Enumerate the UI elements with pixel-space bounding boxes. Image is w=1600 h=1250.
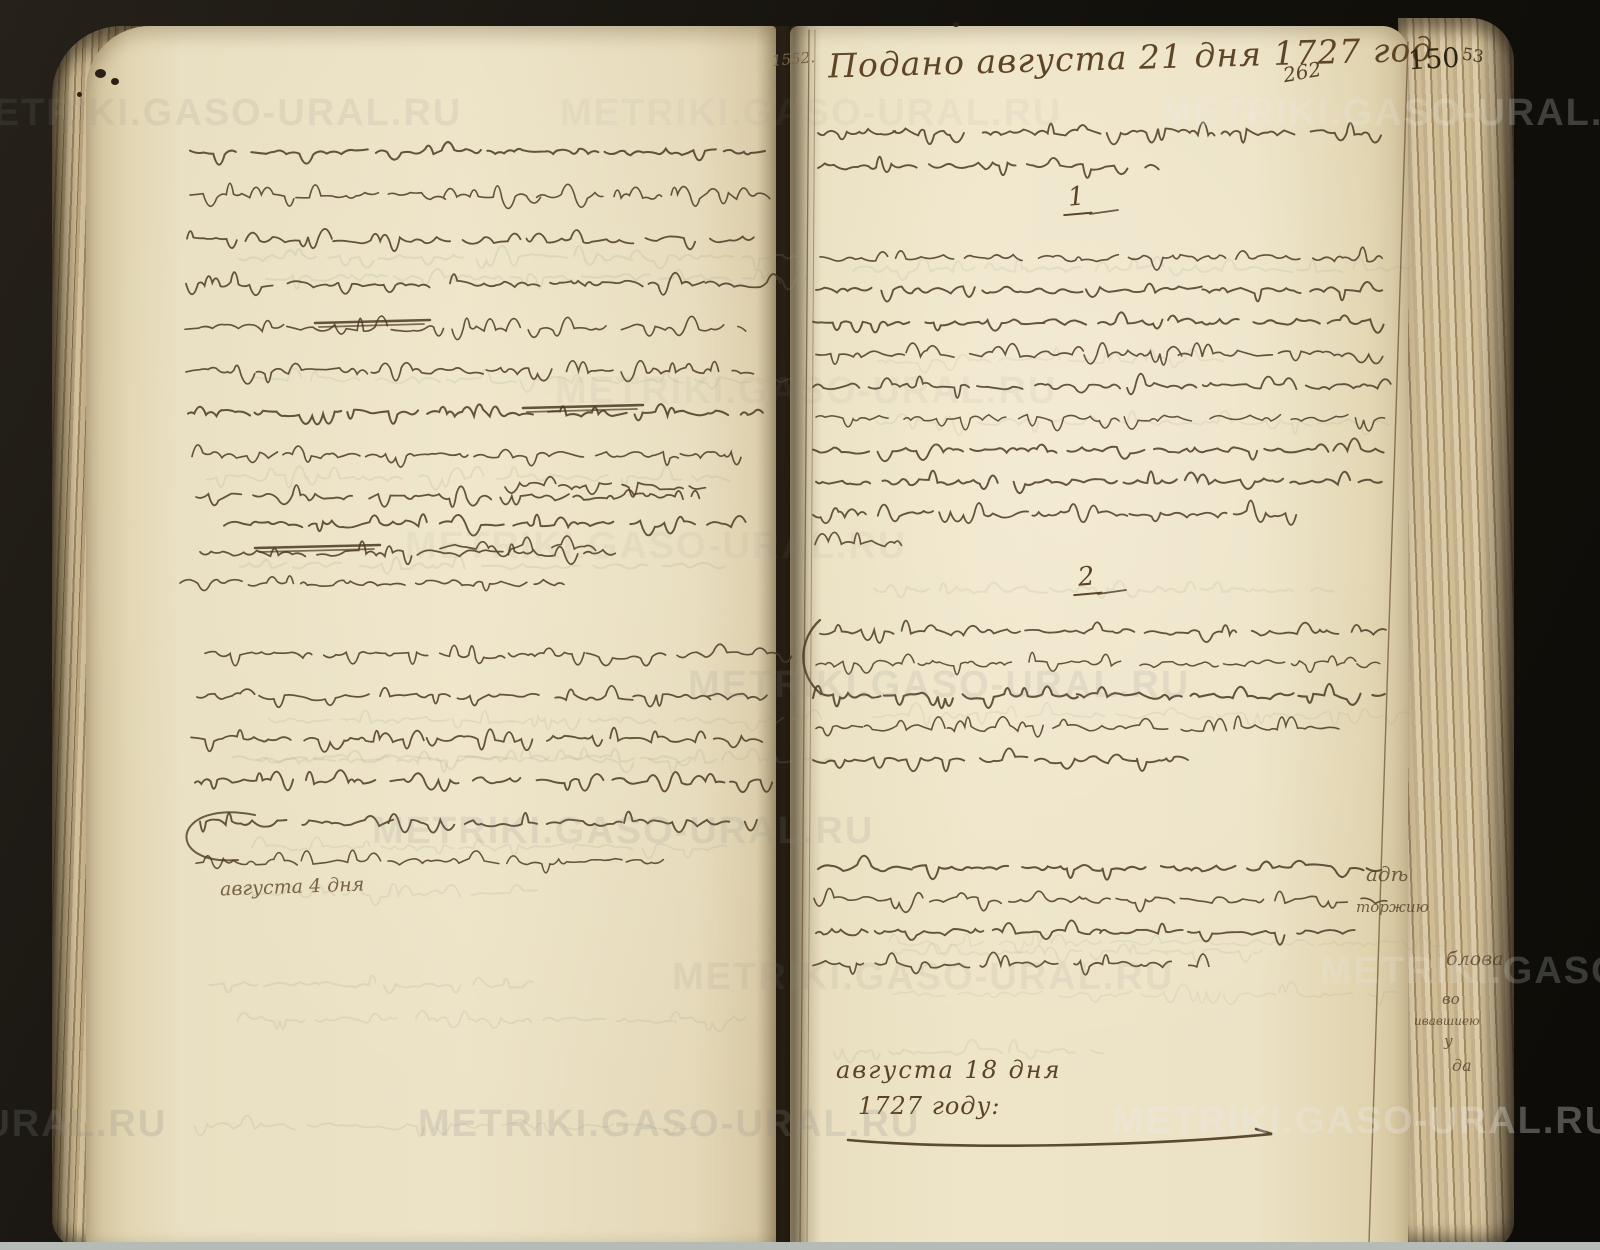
handwriting-stroke [523, 405, 643, 408]
handwriting-layer [0, 0, 1600, 1250]
handwriting-stroke [1098, 590, 1126, 594]
handwriting-stroke [816, 415, 1385, 431]
fore-edge-fragment: у [1444, 1032, 1453, 1050]
handwriting-stroke [813, 374, 1391, 398]
handwriting-stroke [255, 545, 380, 548]
fore-edge-fragment: торжию [1356, 898, 1429, 916]
handwriting-stroke [195, 770, 772, 792]
handwriting-stroke [816, 282, 1382, 302]
handwriting-stroke [816, 652, 1380, 674]
handwriting-stroke [818, 157, 1159, 178]
handwriting-stroke [196, 485, 699, 507]
handwriting-stroke [814, 888, 1387, 912]
handwriting-stroke [197, 686, 767, 707]
fore-edge-fragment: во [1442, 990, 1460, 1008]
folio-number: 150 [1407, 43, 1460, 77]
handwriting-stroke [820, 247, 1382, 270]
handwriting-stroke [815, 532, 901, 546]
handwriting-stroke [200, 812, 757, 833]
handwriting-stroke [813, 438, 1384, 461]
scanner-edge-strip [0, 1242, 1600, 1250]
handwriting-stroke [205, 644, 792, 665]
handwriting-stroke [190, 142, 765, 165]
handwriting-stroke [1090, 210, 1118, 214]
handwriting-stroke [816, 471, 1382, 493]
handwriting-stroke [813, 684, 1385, 708]
handwriting-stroke [186, 812, 255, 860]
handwriting-stroke [315, 320, 430, 323]
footer-date-line-1: августа 18 дня [836, 1056, 1062, 1084]
fore-edge-fragment: блова [1446, 948, 1504, 970]
handwriting-stroke [188, 404, 763, 424]
handwriting-stroke [190, 183, 770, 208]
ink-blot [95, 69, 106, 78]
handwriting-stroke [192, 445, 741, 467]
handwriting-stroke [1369, 42, 1408, 1243]
handwriting-stroke [848, 1129, 1272, 1146]
handwriting-stroke [818, 122, 1381, 144]
handwriting-stroke [813, 952, 1209, 974]
handwriting-stroke [527, 409, 637, 412]
ink-blot [111, 78, 119, 85]
handwriting-stroke [186, 272, 780, 295]
ink-blot [953, 22, 959, 27]
handwriting-stroke [186, 361, 753, 384]
section-marker-2: 2 [1071, 561, 1102, 596]
handwriting-stroke [187, 229, 754, 251]
handwriting-stroke [180, 576, 564, 591]
fore-edge-fragment: адѣ [1366, 862, 1408, 886]
handwriting-stroke [818, 856, 1381, 880]
fore-edge-fragment: ивавшиею [1414, 1014, 1480, 1028]
handwriting-stroke [803, 620, 821, 694]
handwriting-stroke [816, 343, 1383, 365]
handwriting-stroke [813, 748, 1188, 771]
secondary-folio-number: 53 [1461, 44, 1486, 67]
handwriting-stroke [813, 312, 1384, 332]
section-marker-1: 1 [1061, 181, 1092, 216]
handwriting-stroke [816, 920, 1355, 944]
handwriting-stroke [820, 621, 1386, 643]
handwriting-stroke [196, 850, 663, 873]
manuscript-scan: 1552. Подано августа 21 дня 1727 год 262… [0, 0, 1600, 1250]
handwriting-stroke [224, 514, 746, 535]
fore-edge-fragment: да [1452, 1056, 1472, 1075]
handwriting-stroke [191, 728, 762, 752]
footer-date-line-2: 1727 году: [858, 1092, 1001, 1120]
ink-blot [77, 92, 82, 97]
handwriting-stroke [185, 316, 746, 339]
register-number: 1552. [771, 48, 815, 70]
handwriting-stroke [813, 501, 1296, 525]
handwriting-stroke [816, 716, 1339, 737]
